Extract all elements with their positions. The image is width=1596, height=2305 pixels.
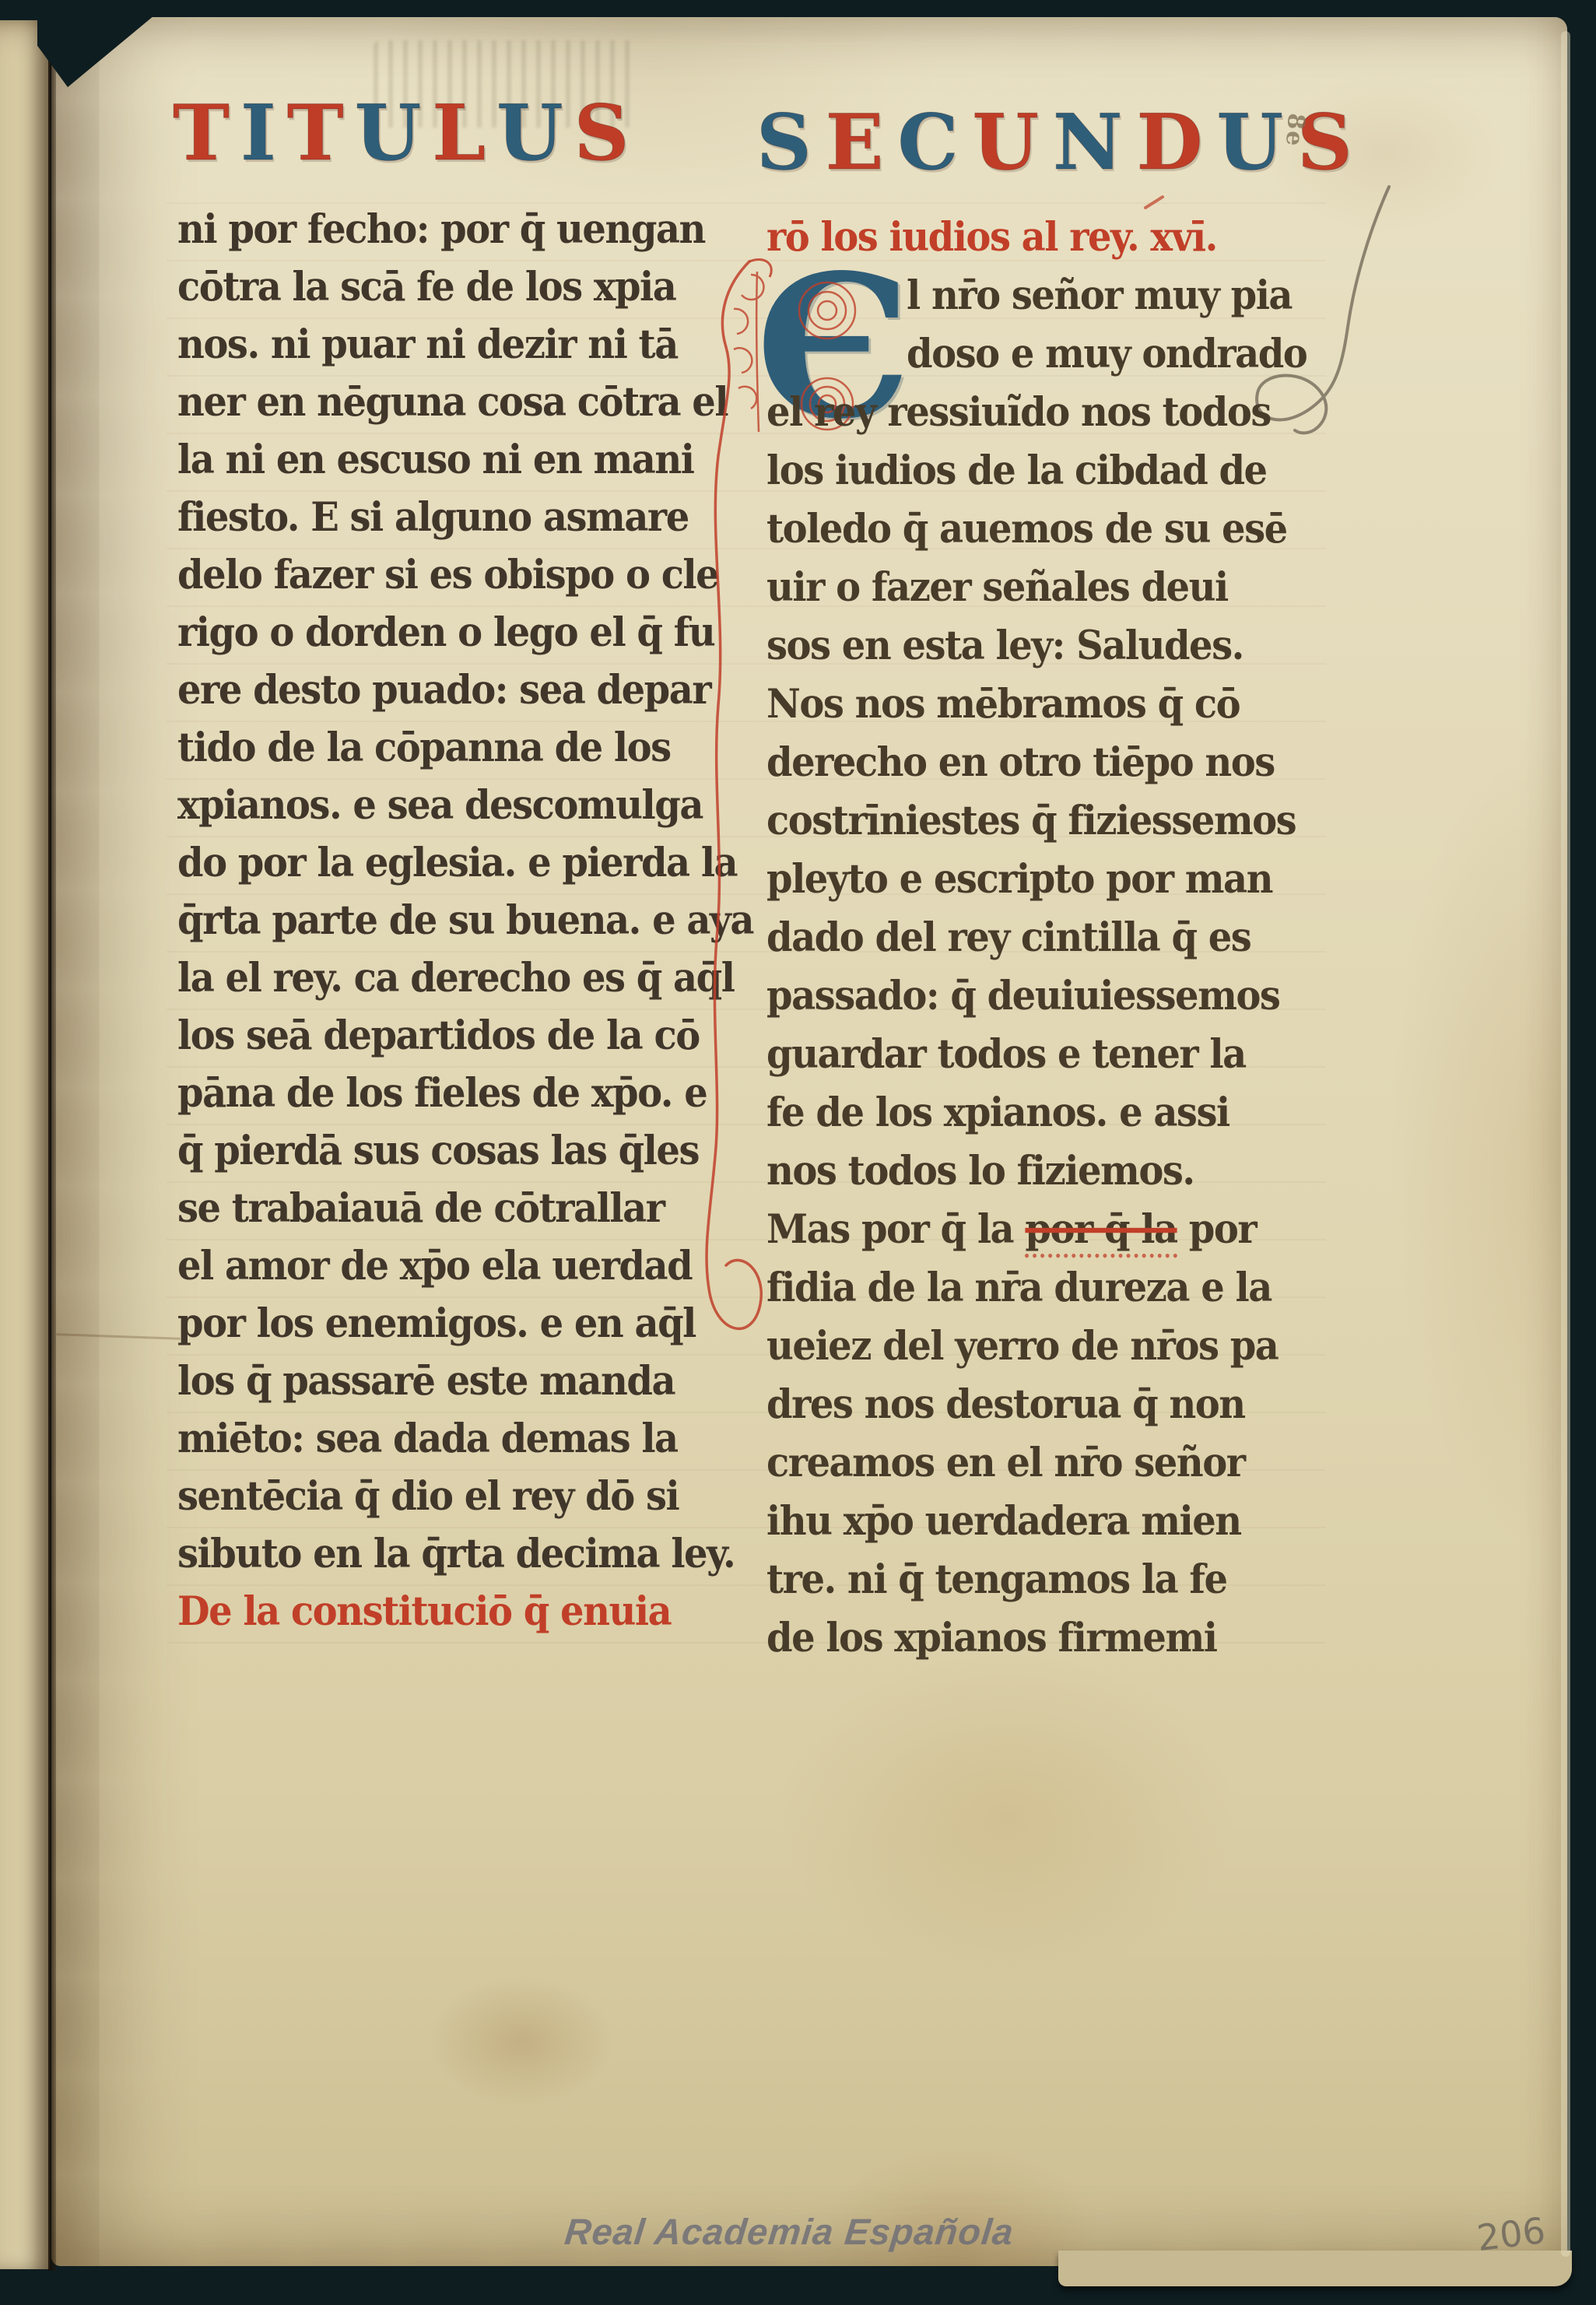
manuscript-line: fiesto. E si alguno asmare	[177, 486, 722, 548]
manuscript-line: costrīniestes q̄ fiziessemos	[766, 790, 1324, 852]
expunged-text: por q̄ la	[1025, 1206, 1177, 1258]
manuscript-line: toledo q̄ auemos de su esē	[766, 498, 1324, 560]
manuscript-line: los seā departidos de la cō	[177, 1005, 722, 1066]
header-letter: N	[1053, 96, 1137, 190]
manuscript-line: tre. ni q̄ tengamos la fe	[766, 1549, 1324, 1611]
rubric-line: De la constituciō q̄ enuia	[177, 1581, 722, 1642]
manuscript-line: dres nos destorua q̄ non	[766, 1374, 1324, 1436]
quire-mark: 8e	[1280, 112, 1310, 149]
header-letter: T	[287, 87, 355, 181]
header-letter: U	[355, 87, 432, 181]
manuscript-line: ueiez del yerro de nr̄os pa	[766, 1315, 1324, 1377]
right-column: rō los iudios al rey. xvī. Є l nr̄o seño…	[766, 209, 1324, 1668]
manuscript-line: xpianos. e sea descomulga	[177, 774, 722, 836]
manuscript-line: tido de la cōpanna de los	[177, 717, 722, 778]
header-letter: S	[574, 87, 640, 181]
watermark-text: Real Academia Española	[563, 2210, 1015, 2253]
header-letter: L	[432, 87, 496, 181]
manuscript-line: de los xpianos firmemi	[766, 1607, 1324, 1669]
manuscript-line: pāna de los fieles de xp̄o. e	[177, 1062, 722, 1124]
manuscript-line: el amor de xp̄o ela uerdad	[177, 1235, 722, 1296]
manuscript-line: los iudios de la cibdad de	[766, 440, 1324, 502]
manuscript-line: se trabaiauā de cōtrallar	[177, 1177, 722, 1239]
manuscript-line: derecho en otro tiēpo nos	[766, 731, 1324, 794]
manuscript-line: delo fazer si es obispo o cle	[177, 544, 722, 605]
manuscript-line: sibuto en la q̄rta decima ley.	[177, 1523, 722, 1584]
manuscript-line: la el rey. ca derecho es q̄ aq̄l	[177, 947, 722, 1009]
header-letter: D	[1137, 96, 1217, 190]
header-letter: T	[173, 87, 240, 181]
header-letter: C	[897, 96, 972, 190]
manuscript-line: cōtra la scā fe de los xpia	[177, 256, 722, 318]
manuscript-line: sentēcia q̄ dio el rey dō si	[177, 1465, 722, 1527]
manuscript-line: q̄ pierdā sus cosas las q̄les	[177, 1120, 722, 1181]
manuscript-line-with-correction: Mas por q̄ la por q̄ la por	[766, 1198, 1324, 1261]
manuscript-line: ihu xp̄o uerdadera mien	[766, 1490, 1324, 1552]
page-number: 206	[1475, 2209, 1548, 2259]
manuscript-line: uir o fazer señales deui	[766, 556, 1324, 619]
manuscript-line: guardar todos e tener la	[766, 1023, 1324, 1086]
manuscript-photo: T I T U L U S S E C U N D U S 8e ni por …	[0, 0, 1596, 2305]
manuscript-line: creamos en el nr̄o señor	[766, 1432, 1324, 1494]
header-letter: U	[496, 87, 574, 181]
binding-gutter	[48, 19, 56, 2271]
manuscript-line: ere desto puado: sea depar	[177, 659, 722, 721]
manuscript-line: fidia de la nr̄a dureza e la	[766, 1257, 1324, 1319]
manuscript-line: sos en esta ley: Saludes.	[766, 615, 1324, 677]
manuscript-line: la ni en escuso ni en mani	[177, 429, 722, 490]
manuscript-line: fe de los xpianos. e assi	[766, 1082, 1324, 1144]
manuscript-line: nos todos lo fiziemos.	[766, 1140, 1324, 1202]
manuscript-line: q̄rta parte de su buena. e aya	[177, 889, 722, 951]
header-letter: I	[240, 87, 287, 181]
header-letter: U	[972, 96, 1052, 190]
line-segment: por	[1177, 1206, 1257, 1253]
manuscript-line: l nr̄o señor muy pia	[907, 265, 1324, 327]
manuscript-line: doso e muy ondrado	[907, 323, 1324, 385]
manuscript-line: los q̄ passarē este manda	[177, 1350, 722, 1412]
manuscript-line: rigo o dorden o lego el q̄ fu	[177, 602, 722, 663]
manuscript-line: pleyto e escripto por man	[766, 848, 1324, 910]
header-letter: E	[826, 96, 898, 190]
manuscript-line: ner en nēguna cosa cōtra el	[177, 371, 722, 433]
line-segment: Mas por q̄ la	[766, 1206, 1025, 1253]
page-right-edge	[1561, 31, 1570, 2257]
left-column: ni por fecho: por q̄ uengan cōtra la scā…	[177, 201, 722, 1640]
header-titulus: T I T U L U S	[173, 87, 640, 181]
manuscript-line: por los enemigos. e en aq̄l	[177, 1293, 722, 1354]
manuscript-line: nos. ni puar ni dezir ni tā	[177, 314, 722, 375]
facing-page-edge	[0, 20, 50, 2269]
manuscript-line: dado del rey cintilla q̄ es	[766, 907, 1324, 969]
manuscript-line: Nos nos mēbramos q̄ cō	[766, 673, 1324, 735]
illuminated-initial-row: Є l nr̄o señor muy pia doso e muy ondrad…	[766, 267, 1324, 384]
manuscript-line: miēto: sea dada demas la	[177, 1408, 722, 1469]
manuscript-line: do por la eglesia. e pierda la	[177, 832, 722, 893]
manuscript-line: ni por fecho: por q̄ uengan	[177, 198, 722, 260]
manuscript-line: el rey ressiuĩdo nos todos	[766, 381, 1324, 444]
header-letter: S	[756, 96, 826, 190]
manuscript-line: passado: q̄ deuiuiessemos	[766, 965, 1324, 1027]
